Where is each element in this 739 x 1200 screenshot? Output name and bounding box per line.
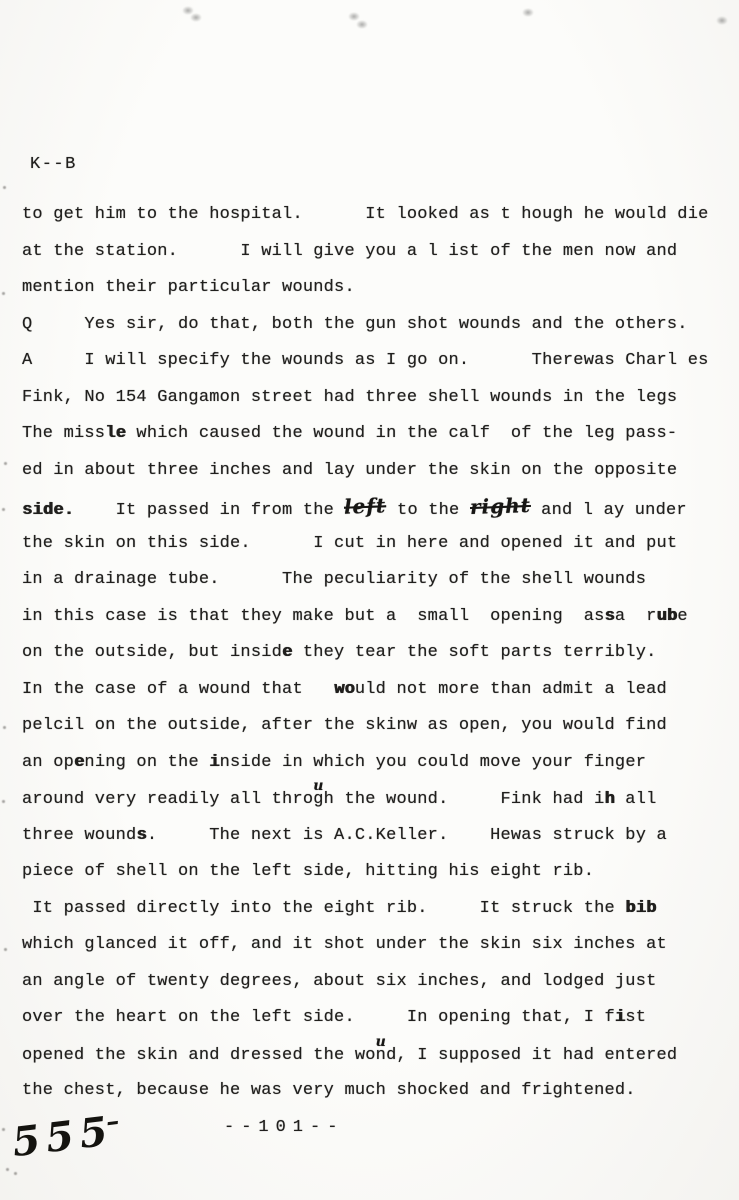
typed-text: In the case of a wound that — [22, 680, 334, 699]
typed-line: mention their particular wounds. — [22, 270, 709, 307]
header-mark: K--B — [30, 155, 77, 174]
overtyped-text: s — [605, 607, 615, 626]
typed-text: pelcil on the outside, after the skinw a… — [22, 716, 667, 735]
typed-text: which caused the wound in the calf of th… — [126, 424, 677, 443]
typed-text: the skin on this side. I cut in here and… — [22, 534, 677, 553]
overtyped-text: e — [282, 643, 292, 662]
speck-mark — [4, 948, 7, 951]
smudge-mark — [716, 16, 728, 25]
typed-text: to the — [387, 501, 470, 520]
typed-text: opened the skin and dressed the wo — [22, 1046, 376, 1065]
smudge-mark — [190, 13, 202, 22]
typed-text: which glanced it off, and it shot under … — [22, 935, 667, 954]
typed-text: an angle of twenty degrees, about six in… — [22, 972, 657, 991]
typed-line: opened the skin and dressed the wound, I… — [22, 1037, 709, 1074]
typed-text: over the heart on the left side. In open… — [22, 1008, 615, 1027]
typed-text: mention their particular wounds. — [22, 278, 355, 297]
typed-line: the chest, because he was very much shoc… — [22, 1073, 709, 1110]
typed-text: . The next is A.C.Keller. Hewas struck b… — [147, 826, 667, 845]
handwritten-word-strikethrough: left — [344, 487, 387, 525]
speck-mark — [2, 508, 5, 511]
handwritten-word-strikethrough: right — [469, 487, 531, 526]
typed-line: three wounds. The next is A.C.Keller. He… — [22, 818, 709, 855]
overtyped-text: wo — [334, 680, 355, 699]
typed-line: an angle of twenty degrees, about six in… — [22, 964, 709, 1001]
typed-text: ed in about three inches and lay under t… — [22, 461, 677, 480]
typed-text: a r — [615, 607, 657, 626]
typed-line: Fink, No 154 Gangamon street had three s… — [22, 380, 709, 417]
typed-text: It passed directly into the eight rib. I… — [22, 899, 625, 918]
typed-text: nside in which you could move your finge… — [220, 753, 646, 772]
speck-mark — [2, 800, 5, 803]
typed-text: Fink, No 154 Gangamon street had three s… — [22, 388, 677, 407]
typed-line: side. It passed in from the left to the … — [22, 489, 709, 526]
typed-line: an opening on the inside in which you co… — [22, 745, 709, 782]
overtyped-text: i — [615, 1008, 625, 1027]
typed-line: in this case is that they make but a sma… — [22, 599, 709, 636]
typed-text: e — [677, 607, 687, 626]
typed-line: the skin on this side. I cut in here and… — [22, 526, 709, 563]
typed-text: It passed in from the — [74, 501, 344, 520]
typed-line: at the station. I will give you a l ist … — [22, 234, 709, 271]
overtyped-text: side. — [22, 501, 74, 520]
typed-text: A I will specify the wounds as I go on. … — [22, 351, 709, 370]
typed-text: The miss — [22, 424, 105, 443]
typed-line: A I will specify the wounds as I go on. … — [22, 343, 709, 380]
typed-text: on the outside, but insid — [22, 643, 282, 662]
typed-text: in this case is that they make but a sma… — [22, 607, 605, 626]
overtyped-text: h — [605, 790, 615, 809]
typed-text: an op — [22, 753, 74, 772]
typed-line: which glanced it off, and it shot under … — [22, 927, 709, 964]
typed-text: st — [625, 1008, 646, 1027]
typed-line: to get him to the hospital. It looked as… — [22, 197, 709, 234]
handwritten-page-mark: 555 — [10, 1105, 135, 1166]
speck-mark — [6, 1168, 9, 1171]
typed-text: at the station. I will give you a l ist … — [22, 242, 677, 261]
overtyped-text: s — [136, 826, 146, 845]
overtyped-text: le — [105, 424, 126, 443]
typed-text: the chest, because he was very much shoc… — [22, 1081, 636, 1100]
typed-line: on the outside, but inside they tear the… — [22, 635, 709, 672]
scanned-document-page: K--B to get him to the hospital. It look… — [0, 0, 739, 1200]
overtyped-text: i — [209, 753, 219, 772]
typed-text: all — [615, 790, 657, 809]
speck-mark — [4, 462, 7, 465]
overtyped-text: bib — [625, 899, 656, 918]
typed-text: in a drainage tube. The peculiarity of t… — [22, 570, 646, 589]
text-block: to get him to the hospital. It looked as… — [22, 197, 709, 1110]
smudge-mark — [522, 8, 534, 17]
typed-text: ning on the — [84, 753, 209, 772]
typed-line: Q Yes sir, do that, both the gun shot wo… — [22, 307, 709, 344]
typed-text: uld not more than admit a lead — [355, 680, 667, 699]
typed-text: nd, I supposed it had entered — [376, 1046, 678, 1065]
overtyped-text: e — [74, 753, 84, 772]
page-number: --101-- — [224, 1118, 344, 1137]
smudge-mark — [356, 20, 368, 29]
typed-text: around very readily all thro — [22, 790, 313, 809]
typed-line: It passed directly into the eight rib. I… — [22, 891, 709, 928]
typed-text: piece of shell on the left side, hitting… — [22, 862, 594, 881]
typed-line: piece of shell on the left side, hitting… — [22, 854, 709, 891]
typed-line: ed in about three inches and lay under t… — [22, 453, 709, 490]
speck-mark — [2, 292, 5, 295]
speck-mark — [14, 1172, 17, 1175]
typed-line: over the heart on the left side. In open… — [22, 1000, 709, 1037]
speck-mark — [3, 726, 6, 729]
typed-text: to get him to the hospital. It looked as… — [22, 205, 709, 224]
typed-line: The missle which caused the wound in the… — [22, 416, 709, 453]
speck-mark — [2, 1128, 5, 1131]
overtyped-text: ub — [657, 607, 678, 626]
typed-text: Q Yes sir, do that, both the gun shot wo… — [22, 315, 688, 334]
typed-text: and l ay under — [531, 501, 687, 520]
typed-text: gh the wound. Fink had i — [313, 790, 604, 809]
typed-text: three wound — [22, 826, 136, 845]
typed-line: around very readily all through the woun… — [22, 781, 709, 818]
typed-text: they tear the soft parts terribly. — [292, 643, 656, 662]
typed-line: in a drainage tube. The peculiarity of t… — [22, 562, 709, 599]
typed-line: pelcil on the outside, after the skinw a… — [22, 708, 709, 745]
speck-mark — [3, 186, 6, 189]
typed-line: In the case of a wound that would not mo… — [22, 672, 709, 709]
